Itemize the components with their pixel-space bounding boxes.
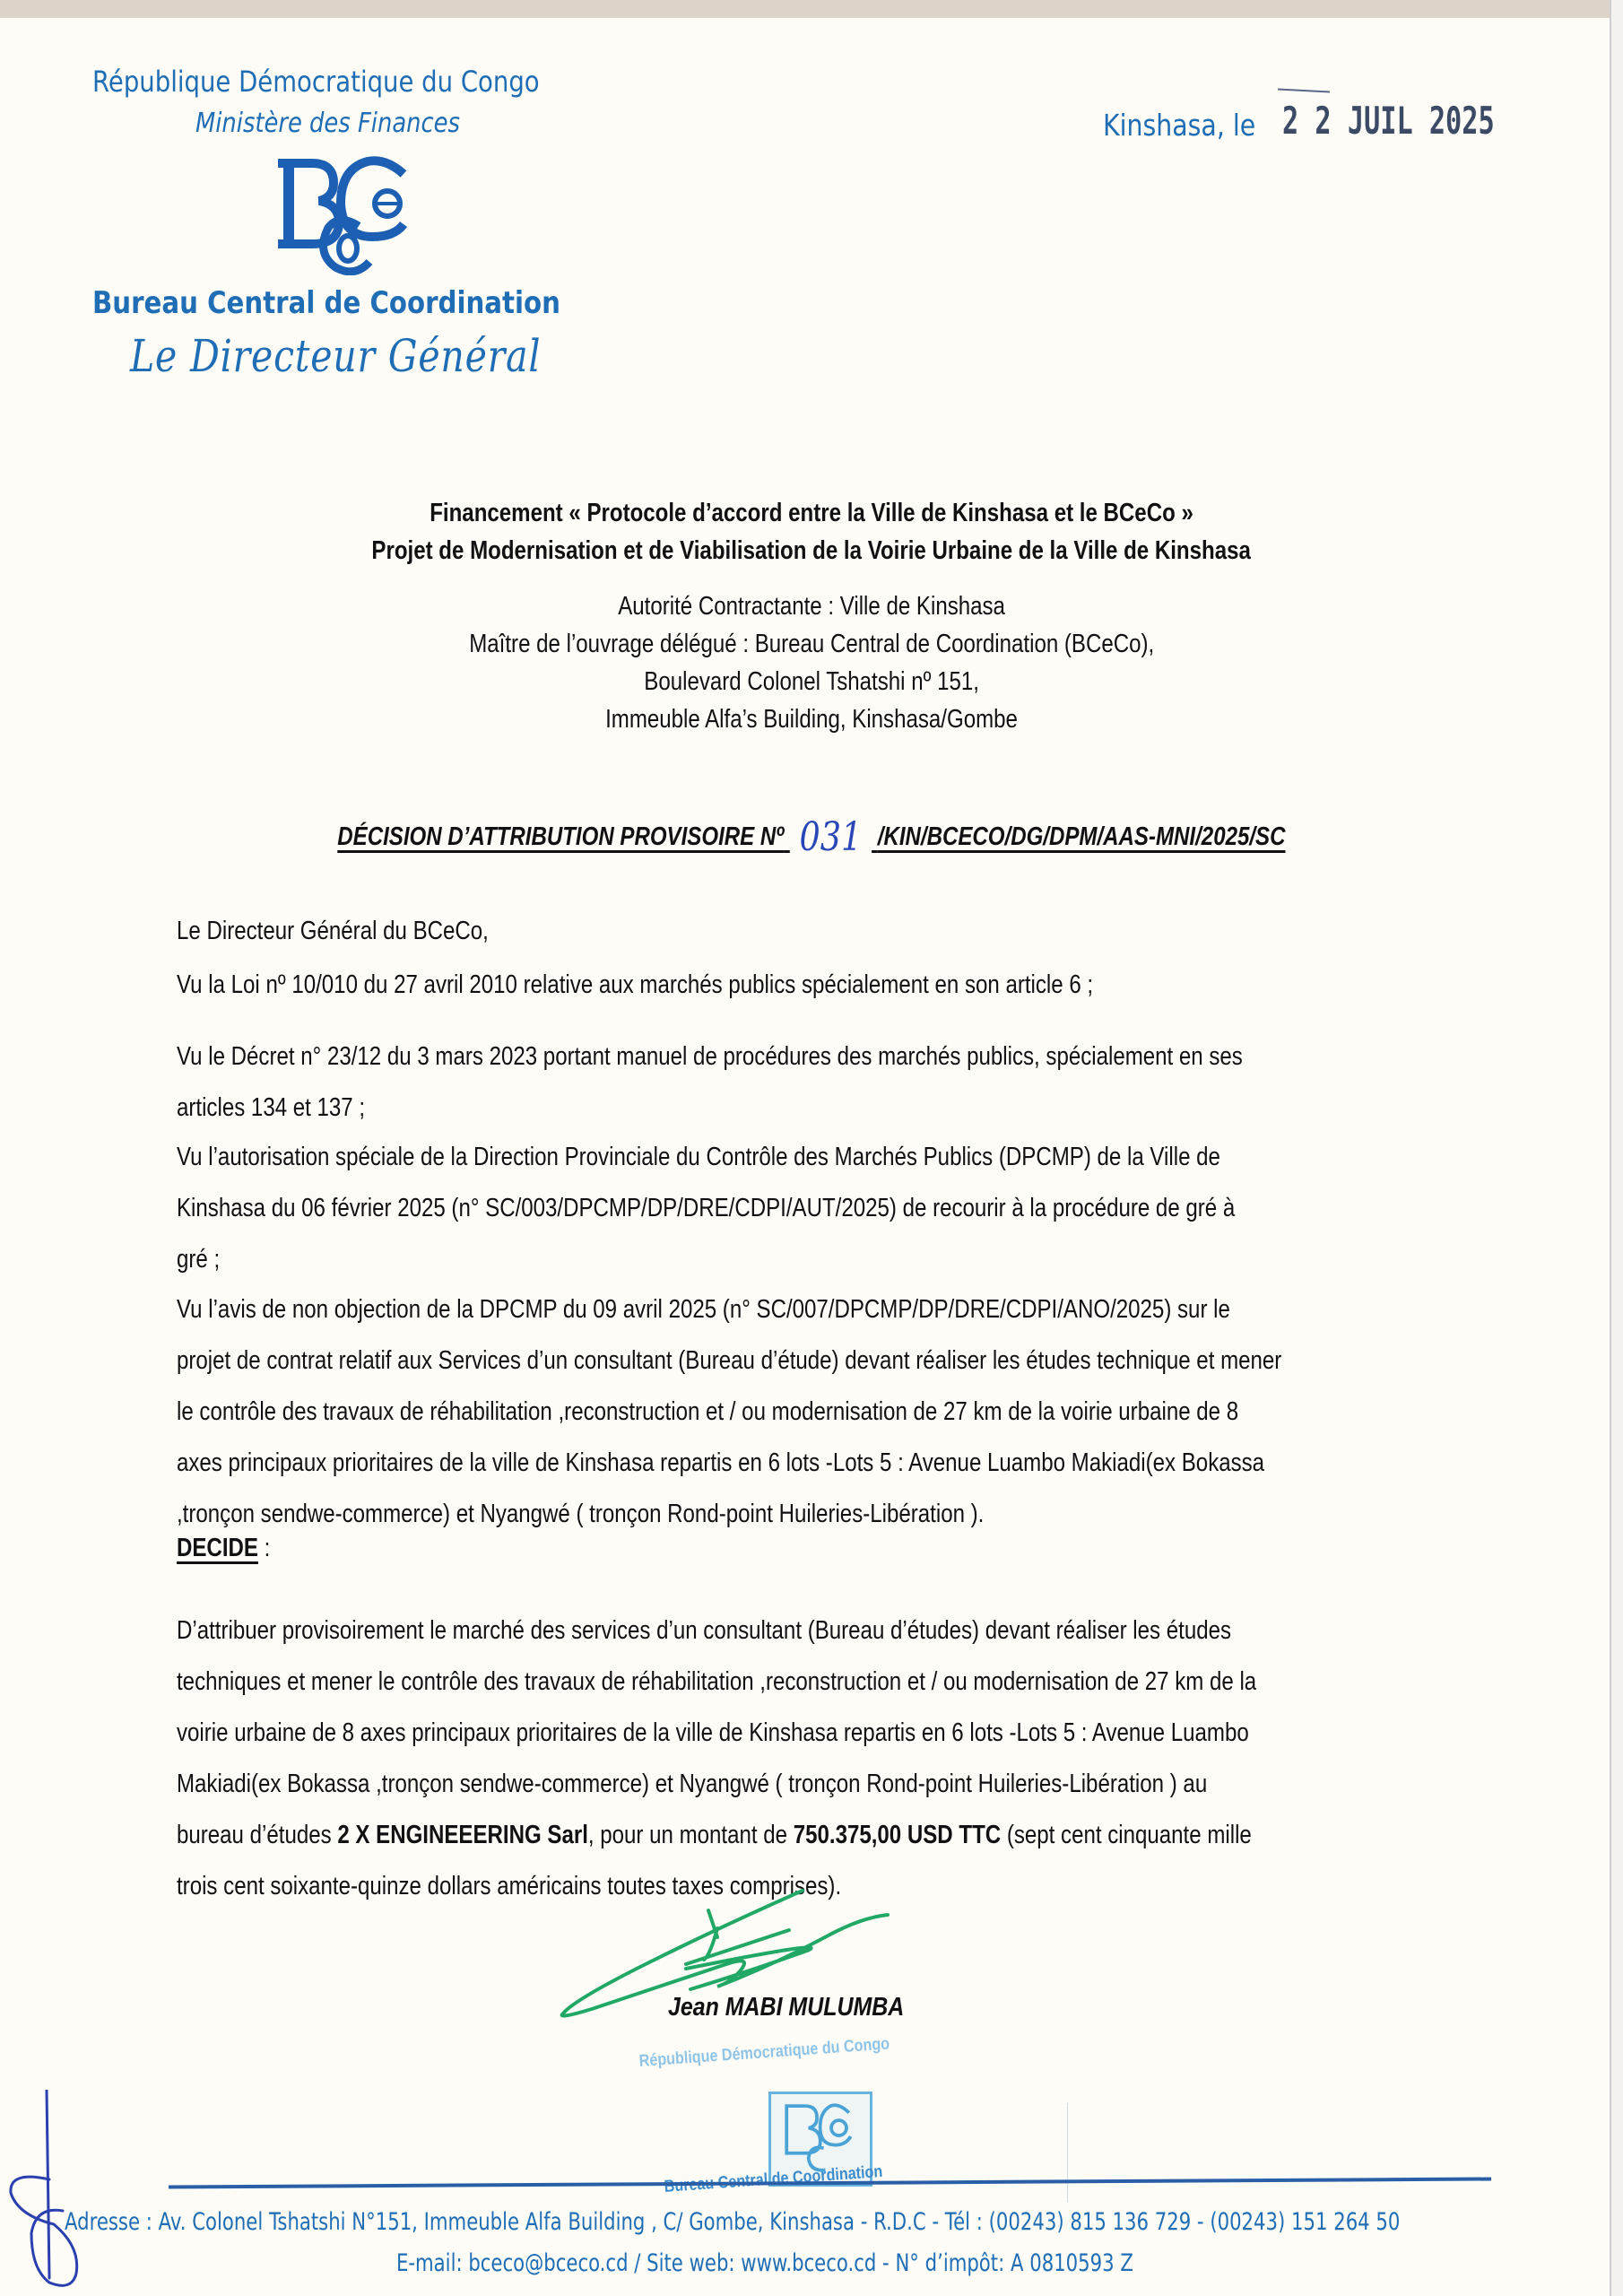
scan-right-edge bbox=[1610, 0, 1623, 2296]
consideration-authorization: Vu l’autorisation spéciale de la Directi… bbox=[177, 1132, 1427, 1285]
address-line-2: Immeuble Alfa’s Building, Kinshasa/Gombe bbox=[0, 705, 1623, 735]
bceco-logo-icon bbox=[269, 154, 421, 275]
consideration-law: Vu la Loi nº 10/010 du 27 avril 2010 rel… bbox=[177, 960, 1427, 1011]
intro-line: Le Directeur Général du BCeCo, bbox=[177, 906, 1427, 957]
fold-mark bbox=[1067, 2103, 1068, 2202]
place-label: Kinshasa, le bbox=[1103, 108, 1255, 143]
decide-heading: DECIDE : bbox=[177, 1534, 270, 1563]
handwritten-decision-number: 031 bbox=[790, 814, 872, 860]
footer-contact: E-mail: bceco@bceco.cd / Site web: www.b… bbox=[396, 2249, 1133, 2277]
consideration-decree: Vu le Décret n° 23/12 du 3 mars 2023 por… bbox=[177, 1031, 1427, 1134]
project-heading: Projet de Modernisation et de Viabilisat… bbox=[0, 536, 1623, 566]
ministry-name: Ministère des Finances bbox=[195, 108, 460, 139]
date-stamp: 2 2 JUIL 2025 bbox=[1282, 99, 1495, 143]
signatory-title-script: Le Directeur Général bbox=[130, 330, 541, 382]
country-name: République Démocratique du Congo bbox=[92, 65, 540, 99]
organization-name: Bureau Central de Coordination bbox=[92, 285, 560, 321]
award-line: bureau d’études 2 X ENGINEEERING Sarl, p… bbox=[177, 1810, 1427, 1861]
decision-title-reference: /KIN/BCECO/DG/DPM/AAS-MNI/2025/SC bbox=[878, 822, 1286, 851]
funding-heading: Financement « Protocole d’accord entre l… bbox=[0, 499, 1623, 528]
award-amount: 750.375,00 USD TTC bbox=[794, 1821, 1001, 1849]
initials-paraph-icon bbox=[0, 2090, 108, 2296]
signatory-name: Jean MABI MULUMBA bbox=[668, 1993, 904, 2022]
awardee-name: 2 X ENGINEEERING Sarl bbox=[337, 1821, 588, 1849]
address-line-1: Boulevard Colonel Tshatshi nº 151, bbox=[0, 667, 1623, 697]
contracting-authority: Autorité Contractante : Ville de Kinshas… bbox=[0, 592, 1623, 622]
date-stamp-mark bbox=[1278, 88, 1330, 92]
delegated-owner: Maître de l’ouvrage délégué : Bureau Cen… bbox=[0, 630, 1623, 659]
scan-top-edge bbox=[0, 0, 1623, 18]
decision-title-prefix: DÉCISION D’ATTRIBUTION PROVISOIRE Nº bbox=[337, 822, 784, 851]
footer-address: Adresse : Av. Colonel Tshatshi N°151, Im… bbox=[65, 2208, 1400, 2236]
decision-title: DÉCISION D’ATTRIBUTION PROVISOIRE Nº 031… bbox=[0, 809, 1623, 855]
consideration-no-objection: Vu l’avis de non objection de la DPCMP d… bbox=[177, 1284, 1427, 1540]
